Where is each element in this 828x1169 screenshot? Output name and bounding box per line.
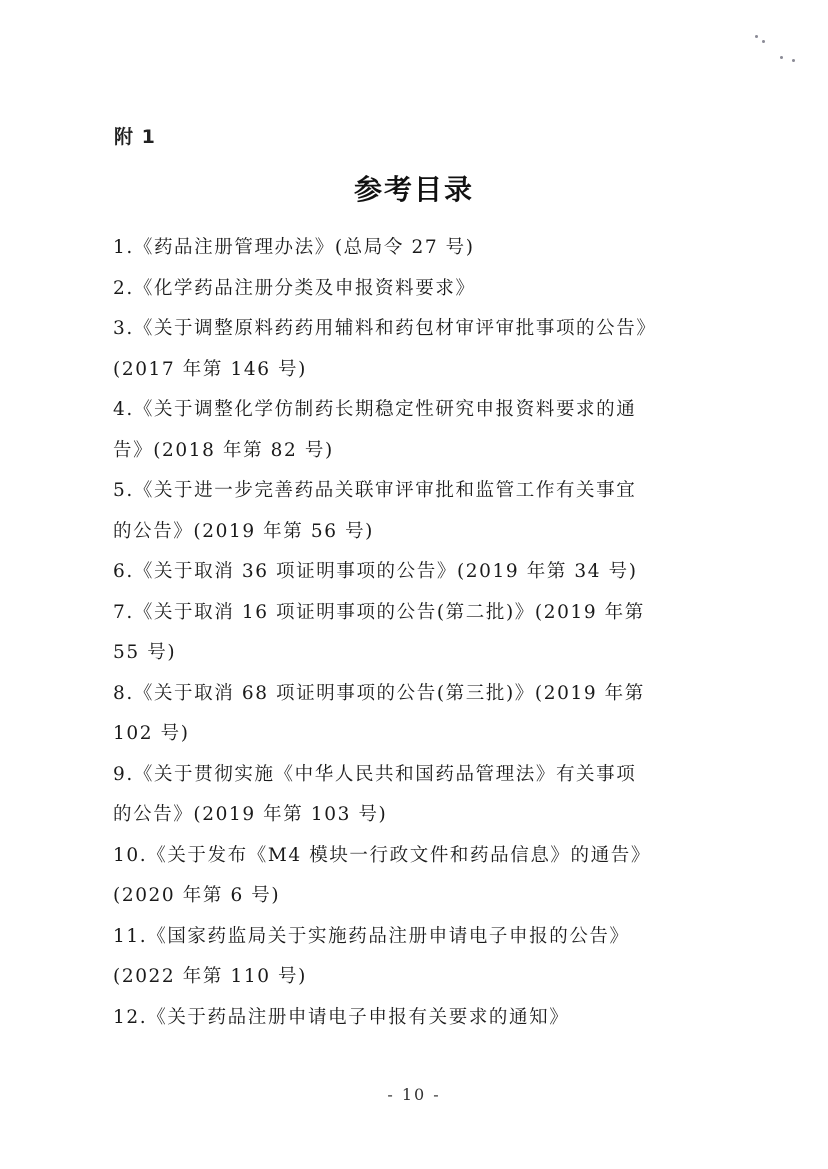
reference-list: 1.《药品注册管理办法》(总局令 27 号) 2.《化学药品注册分类及申报资料要… (113, 228, 713, 1038)
scan-speck (762, 40, 765, 43)
reference-item-3: 3.《关于调整原料药药用辅料和药包材审评审批事项的公告》 (2017 年第 14… (113, 309, 713, 390)
scan-speck (780, 56, 783, 59)
reference-line: 102 号) (113, 714, 713, 755)
scan-speck (792, 59, 795, 62)
reference-line: 11.《国家药监局关于实施药品注册申请电子申报的公告》 (113, 917, 713, 958)
reference-line: 4.《关于调整化学仿制药长期稳定性研究申报资料要求的通 (113, 390, 713, 431)
reference-item-2: 2.《化学药品注册分类及申报资料要求》 (113, 269, 713, 310)
reference-line: (2020 年第 6 号) (113, 876, 713, 917)
reference-item-1: 1.《药品注册管理办法》(总局令 27 号) (113, 228, 713, 269)
reference-item-8: 8.《关于取消 68 项证明事项的公告(第三批)》(2019 年第 102 号) (113, 674, 713, 755)
reference-line: 3.《关于调整原料药药用辅料和药包材审评审批事项的公告》 (113, 309, 713, 350)
reference-line: 7.《关于取消 16 项证明事项的公告(第二批)》(2019 年第 (113, 593, 713, 634)
reference-line: 10.《关于发布《M4 模块一行政文件和药品信息》的通告》 (113, 836, 713, 877)
reference-line: 告》(2018 年第 82 号) (113, 431, 713, 472)
reference-line: 6.《关于取消 36 项证明事项的公告》(2019 年第 34 号) (113, 552, 713, 593)
document-page: 附 1 参考目录 1.《药品注册管理办法》(总局令 27 号) 2.《化学药品注… (0, 0, 828, 1169)
reference-line: 的公告》(2019 年第 103 号) (113, 795, 713, 836)
reference-line: 1.《药品注册管理办法》(总局令 27 号) (113, 228, 713, 269)
reference-item-4: 4.《关于调整化学仿制药长期稳定性研究申报资料要求的通 告》(2018 年第 8… (113, 390, 713, 471)
reference-item-7: 7.《关于取消 16 项证明事项的公告(第二批)》(2019 年第 55 号) (113, 593, 713, 674)
page-title: 参考目录 (0, 168, 828, 208)
reference-item-11: 11.《国家药监局关于实施药品注册申请电子申报的公告》 (2022 年第 110… (113, 917, 713, 998)
reference-item-5: 5.《关于进一步完善药品关联审评审批和监管工作有关事宜 的公告》(2019 年第… (113, 471, 713, 552)
reference-line: (2017 年第 146 号) (113, 350, 713, 391)
reference-line: 12.《关于药品注册申请电子申报有关要求的通知》 (113, 998, 713, 1039)
reference-line: 55 号) (113, 633, 713, 674)
reference-item-6: 6.《关于取消 36 项证明事项的公告》(2019 年第 34 号) (113, 552, 713, 593)
reference-line: 2.《化学药品注册分类及申报资料要求》 (113, 269, 713, 310)
attachment-label: 附 1 (114, 122, 156, 149)
page-number: - 10 - (0, 1085, 828, 1104)
reference-line: (2022 年第 110 号) (113, 957, 713, 998)
reference-line: 8.《关于取消 68 项证明事项的公告(第三批)》(2019 年第 (113, 674, 713, 715)
reference-line: 9.《关于贯彻实施《中华人民共和国药品管理法》有关事项 (113, 755, 713, 796)
reference-item-10: 10.《关于发布《M4 模块一行政文件和药品信息》的通告》 (2020 年第 6… (113, 836, 713, 917)
reference-line: 5.《关于进一步完善药品关联审评审批和监管工作有关事宜 (113, 471, 713, 512)
reference-item-9: 9.《关于贯彻实施《中华人民共和国药品管理法》有关事项 的公告》(2019 年第… (113, 755, 713, 836)
scan-speck (755, 35, 758, 38)
reference-item-12: 12.《关于药品注册申请电子申报有关要求的通知》 (113, 998, 713, 1039)
reference-line: 的公告》(2019 年第 56 号) (113, 512, 713, 553)
